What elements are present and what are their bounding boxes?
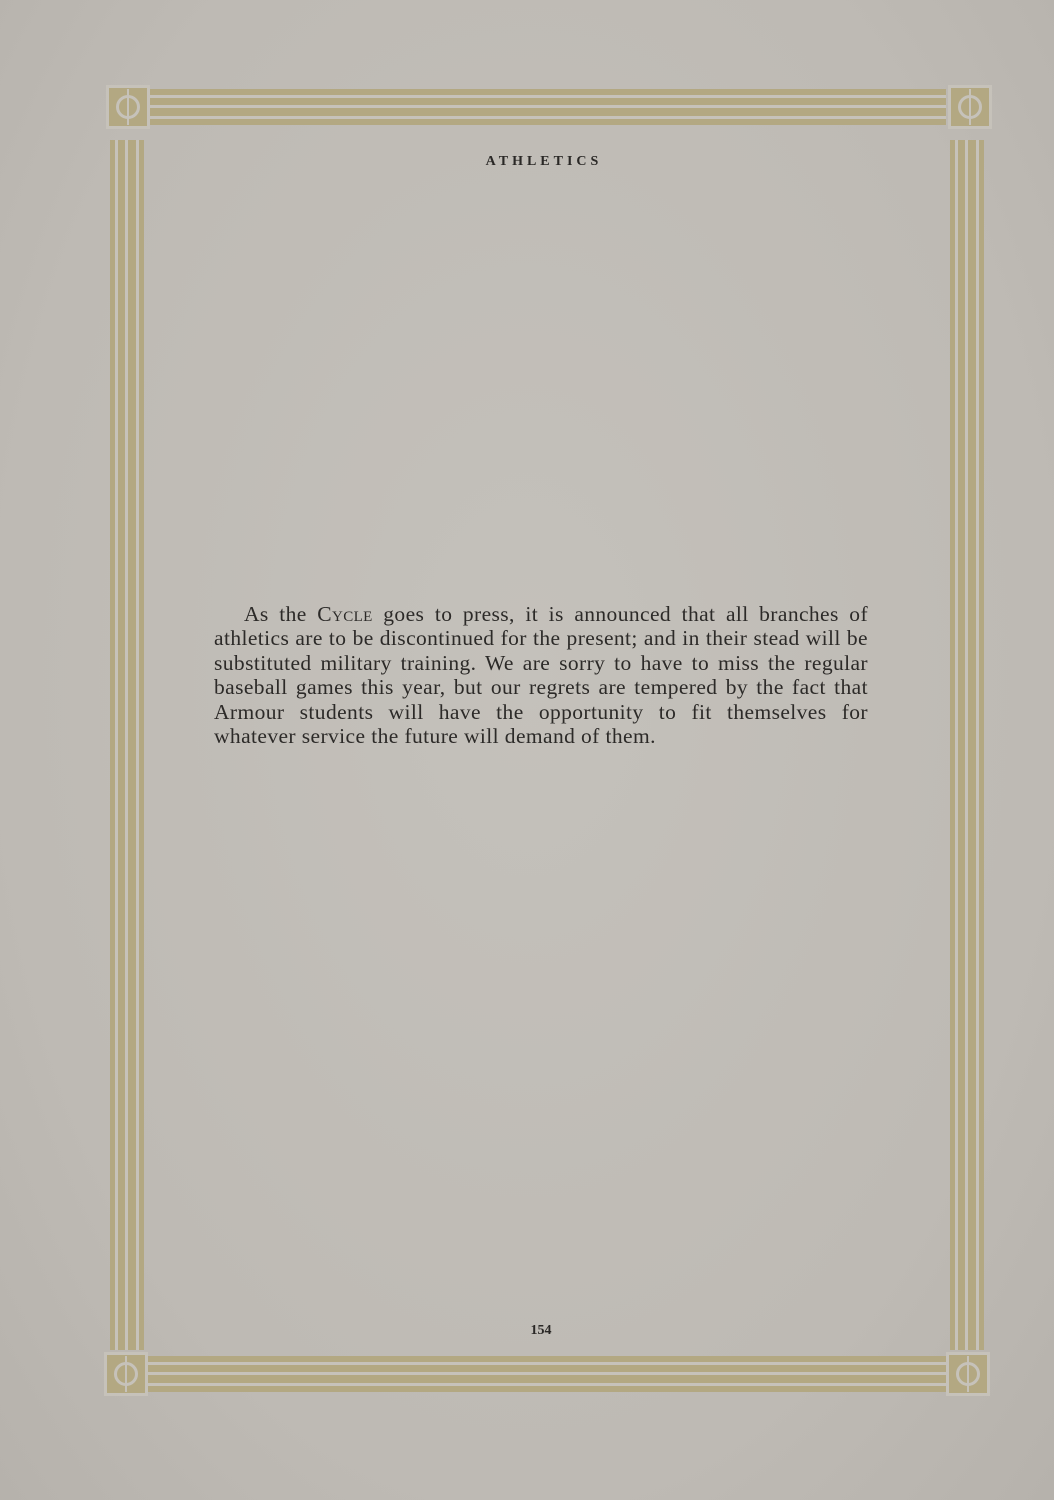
corner-ornament-icon <box>946 1352 990 1396</box>
paragraph-intro: As the <box>244 602 317 626</box>
border-right <box>950 140 984 1350</box>
page-number: 154 <box>0 1323 1054 1339</box>
corner-ornament-icon <box>104 1352 148 1396</box>
publication-name: Cycle <box>317 602 373 626</box>
border-left <box>110 140 144 1350</box>
running-head: ATHLETICS <box>0 154 1054 170</box>
body-paragraph: As the Cycle goes to press, it is announ… <box>214 602 868 749</box>
book-page: ATHLETICS As the Cycle goes to press, it… <box>0 0 1054 1500</box>
corner-ornament-icon <box>948 85 992 129</box>
border-bottom <box>148 1356 946 1392</box>
corner-ornament-icon <box>106 85 150 129</box>
border-top <box>148 89 946 125</box>
